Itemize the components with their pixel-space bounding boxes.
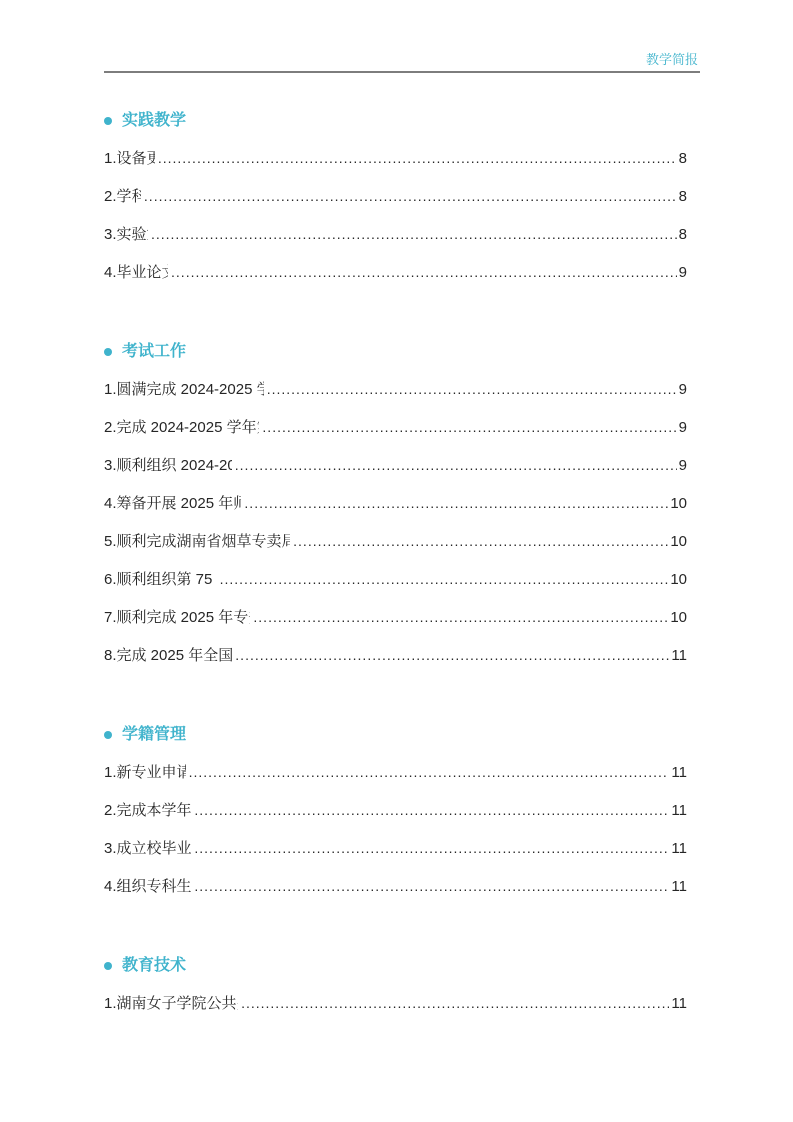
toc-entry-label: 2.完成本学年常规转专业工作	[104, 800, 191, 821]
toc-section: 考试工作 1.圆满完成 2024-2025 学年第一学期期末考试及成绩录入工作 …	[104, 341, 700, 666]
toc-entry-page: 9	[679, 379, 687, 400]
toc-entry-label: 8.完成 2025 年全国高等学校英语专业八级考试	[104, 645, 232, 666]
toc-entry-page: 10	[670, 531, 687, 552]
bullet-icon	[104, 348, 112, 356]
toc-entry[interactable]: 4.组织专科生报名专升本考试 11	[104, 876, 700, 897]
toc-entry[interactable]: 4.毕业论文管理工作 9	[104, 262, 700, 283]
toc-entry[interactable]: 1.设备更新项目 8	[104, 148, 700, 169]
toc-section: 实践教学 1.设备更新项目 8 2.学科竞赛 8 3.实验室工作 8 4.毕业论…	[104, 110, 700, 283]
toc-entry-label: 4.组织专科生报名专升本考试	[104, 876, 191, 897]
toc-entry[interactable]: 3.顺利组织 2024-2025 学年第二学期补考考试 9	[104, 455, 700, 476]
dot-leader	[267, 379, 677, 400]
toc-entry-page: 8	[679, 186, 687, 207]
toc-entry-page: 8	[679, 224, 687, 245]
toc-entry-page: 10	[670, 493, 687, 514]
toc-entry[interactable]: 6.顺利组织第 75 次全国计算机等级考试 10	[104, 569, 700, 590]
section-items: 1.圆满完成 2024-2025 学年第一学期期末考试及成绩录入工作 9 2.完…	[104, 379, 700, 666]
toc-entry-label: 2.完成 2024-2025 学年第一学期期末考试违纪学生处分工作	[104, 417, 259, 438]
toc-entry-label: 1.设备更新项目	[104, 148, 155, 169]
dot-leader	[189, 762, 670, 783]
toc-entry[interactable]: 2.学科竞赛 8	[104, 186, 700, 207]
toc-entry-label: 4.筹备开展 2025 年师范类毕业生教师资格认定工作	[104, 493, 241, 514]
toc-entry[interactable]: 1.圆满完成 2024-2025 学年第一学期期末考试及成绩录入工作 9	[104, 379, 700, 400]
toc-entry-label: 5.顺利完成湖南省烟草专卖局系统 2025 年公开考试聘用工作人员笔试考试工作	[104, 531, 290, 552]
header-divider	[104, 71, 700, 73]
table-of-contents: 实践教学 1.设备更新项目 8 2.学科竞赛 8 3.实验室工作 8 4.毕业论…	[104, 110, 700, 1014]
toc-entry-page: 11	[671, 993, 687, 1014]
toc-entry-page: 10	[670, 607, 687, 628]
section-title: 教育技术	[122, 955, 186, 976]
toc-entry-label: 3.实验室工作	[104, 224, 148, 245]
dot-leader	[235, 455, 677, 476]
dot-leader	[151, 224, 677, 245]
toc-entry-page: 11	[671, 645, 687, 666]
toc-entry-page: 11	[671, 876, 687, 897]
toc-section: 学籍管理 1.新专业申请学士学位授权 11 2.完成本学年常规转专业工作 11 …	[104, 724, 700, 897]
toc-entry-page: 9	[679, 455, 687, 476]
toc-entry-label: 1.新专业申请学士学位授权	[104, 762, 186, 783]
toc-entry[interactable]: 8.完成 2025 年全国高等学校英语专业八级考试 11	[104, 645, 700, 666]
toc-entry-label: 3.顺利组织 2024-2025 学年第二学期补考考试	[104, 455, 232, 476]
document-title: 教学简报	[104, 52, 700, 68]
section-title: 实践教学	[122, 110, 186, 131]
toc-entry-label: 7.顺利完成 2025 年专升本免试生专业综合能力测试工作	[104, 607, 250, 628]
toc-entry[interactable]: 4.筹备开展 2025 年师范类毕业生教师资格认定工作 10	[104, 493, 700, 514]
section-title: 考试工作	[122, 341, 186, 362]
toc-entry-label: 3.成立校毕业和学位审核小组	[104, 838, 191, 859]
toc-section: 教育技术 1.湖南女子学院公共多媒体教学平台改造项目启动 11	[104, 955, 700, 1014]
toc-entry-label: 2.学科竞赛	[104, 186, 141, 207]
toc-entry[interactable]: 5.顺利完成湖南省烟草专卖局系统 2025 年公开考试聘用工作人员笔试考试工作 …	[104, 531, 700, 552]
dot-leader	[262, 417, 676, 438]
toc-entry-page: 10	[670, 569, 687, 590]
dot-leader	[220, 569, 669, 590]
bullet-icon	[104, 962, 112, 970]
dot-leader	[244, 493, 668, 514]
section-heading: 学籍管理	[104, 724, 700, 745]
page-header: 教学简报	[104, 52, 700, 73]
dot-leader	[158, 148, 677, 169]
toc-entry-page: 9	[679, 262, 687, 283]
dot-leader	[194, 876, 669, 897]
toc-entry-page: 8	[679, 148, 687, 169]
toc-entry[interactable]: 7.顺利完成 2025 年专升本免试生专业综合能力测试工作 10	[104, 607, 700, 628]
section-items: 1.设备更新项目 8 2.学科竞赛 8 3.实验室工作 8 4.毕业论文管理工作…	[104, 148, 700, 283]
toc-entry-page: 11	[671, 838, 687, 859]
section-heading: 教育技术	[104, 955, 700, 976]
toc-entry-page: 11	[671, 762, 687, 783]
toc-entry-page: 9	[679, 417, 687, 438]
toc-entry-label: 1.圆满完成 2024-2025 学年第一学期期末考试及成绩录入工作	[104, 379, 264, 400]
dot-leader	[171, 262, 677, 283]
toc-entry[interactable]: 3.实验室工作 8	[104, 224, 700, 245]
section-heading: 考试工作	[104, 341, 700, 362]
dot-leader	[293, 531, 668, 552]
document-page: 教学简报 实践教学 1.设备更新项目 8 2.学科竞赛 8 3.实验室工作 8 …	[0, 0, 793, 1122]
toc-entry-page: 11	[671, 800, 687, 821]
section-items: 1.新专业申请学士学位授权 11 2.完成本学年常规转专业工作 11 3.成立校…	[104, 762, 700, 897]
bullet-icon	[104, 117, 112, 125]
toc-entry[interactable]: 3.成立校毕业和学位审核小组 11	[104, 838, 700, 859]
toc-entry-label: 1.湖南女子学院公共多媒体教学平台改造项目启动	[104, 993, 238, 1014]
toc-entry[interactable]: 1.新专业申请学士学位授权 11	[104, 762, 700, 783]
section-items: 1.湖南女子学院公共多媒体教学平台改造项目启动 11	[104, 993, 700, 1014]
dot-leader	[241, 993, 669, 1014]
dot-leader	[194, 838, 669, 859]
dot-leader	[194, 800, 669, 821]
dot-leader	[235, 645, 669, 666]
toc-entry[interactable]: 2.完成本学年常规转专业工作 11	[104, 800, 700, 821]
bullet-icon	[104, 731, 112, 739]
dot-leader	[253, 607, 668, 628]
toc-entry[interactable]: 1.湖南女子学院公共多媒体教学平台改造项目启动 11	[104, 993, 700, 1014]
dot-leader	[144, 186, 677, 207]
toc-entry-label: 4.毕业论文管理工作	[104, 262, 168, 283]
toc-entry[interactable]: 2.完成 2024-2025 学年第一学期期末考试违纪学生处分工作 9	[104, 417, 700, 438]
section-heading: 实践教学	[104, 110, 700, 131]
toc-entry-label: 6.顺利组织第 75 次全国计算机等级考试	[104, 569, 217, 590]
section-title: 学籍管理	[122, 724, 186, 745]
